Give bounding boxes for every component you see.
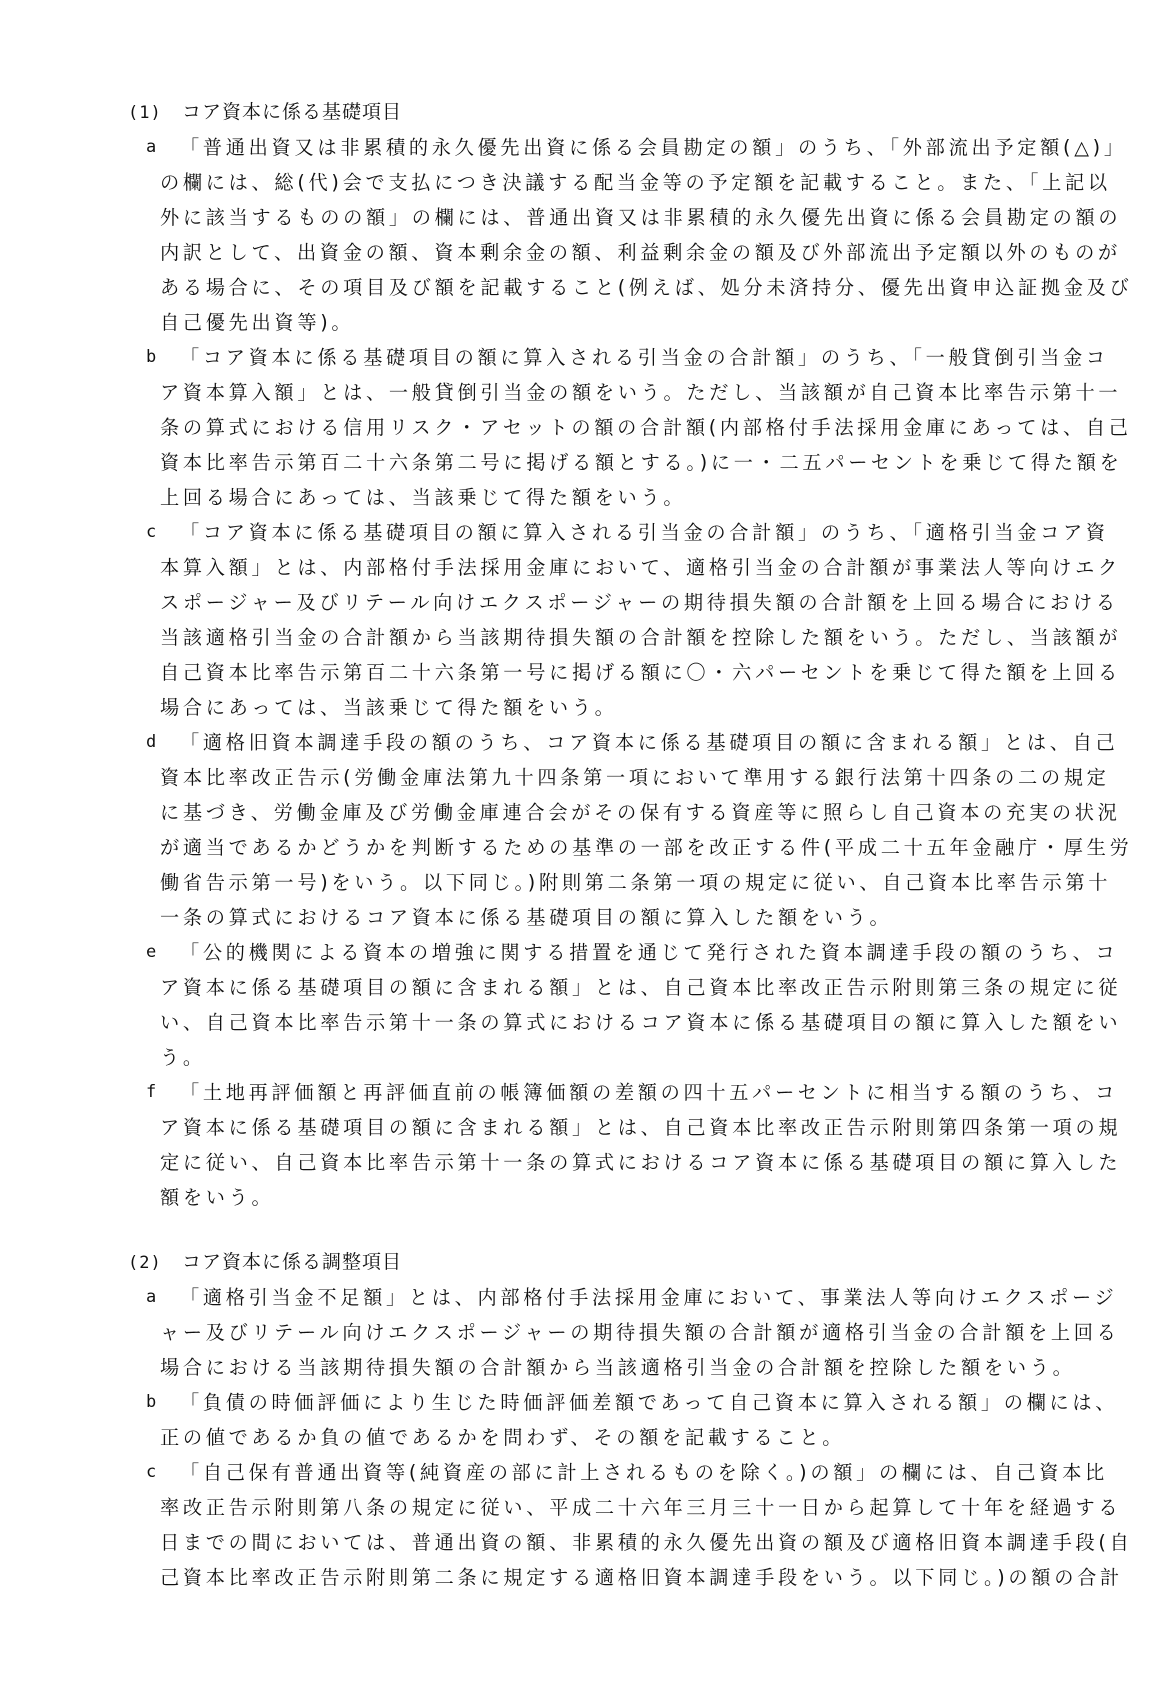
paragraph-line: 定に従い、自己資本比率告示第十一条の算式におけるコア資本に係る基礎項目の額に算入…: [160, 1145, 1078, 1180]
section-core-capital-basic-items: (1) コア資本に係る基礎項目 a 「普通出資又は非累積的永久優先出資に係る会員…: [128, 95, 1078, 1215]
paragraph-line: 「コア資本に係る基礎項目の額に算入される引当金の合計額」のうち、「一般貸倒引当金…: [160, 340, 1078, 375]
item-letter: f: [146, 1075, 166, 1110]
paragraph-line: ア資本算入額」とは、一般貸倒引当金の額をいう。ただし、当該額が自己資本比率告示第…: [160, 375, 1078, 410]
list-item-2b: b 「負債の時価評価により生じた時価評価差額であって自己資本に算入される額」の欄…: [146, 1385, 1078, 1455]
section-title: コア資本に係る基礎項目: [182, 95, 402, 130]
list-item-1b: b 「コア資本に係る基礎項目の額に算入される引当金の合計額」のうち、「一般貸倒引…: [146, 340, 1078, 515]
document-page: (1) コア資本に係る基礎項目 a 「普通出資又は非累積的永久優先出資に係る会員…: [0, 0, 1166, 1694]
paragraph-line: 自己優先出資等)。: [160, 305, 1078, 340]
paragraph-line: 「普通出資又は非累積的永久優先出資に係る会員勘定の額」のうち、「外部流出予定額(…: [160, 130, 1078, 165]
paragraph-line: 日までの間においては、普通出資の額、非累積的永久優先出資の額及び適格旧資本調達手…: [160, 1525, 1078, 1560]
item-letter: a: [146, 130, 166, 165]
paragraph-line: ア資本に係る基礎項目の額に含まれる額」とは、自己資本比率改正告示附則第三条の規定…: [160, 970, 1078, 1005]
item-letter: a: [146, 1280, 166, 1315]
paragraph-line: が適当であるかどうかを判断するための基準の一部を改正する件(平成二十五年金融庁・…: [160, 830, 1078, 865]
paragraph-line: 一条の算式におけるコア資本に係る基礎項目の額に算入した額をいう。: [160, 900, 1078, 935]
paragraph-line: 資本比率告示第百二十六条第二号に掲げる額とする。)に一・二五パーセントを乗じて得…: [160, 445, 1078, 480]
paragraph-line: 己資本比率改正告示附則第二条に規定する適格旧資本調達手段をいう。以下同じ。)の額…: [160, 1560, 1078, 1595]
list-item-2a: a 「適格引当金不足額」とは、内部格付手法採用金庫において、事業法人等向けエクス…: [146, 1280, 1078, 1385]
paragraph-line: の欄には、総(代)会で支払につき決議する配当金等の予定額を記載すること。また、「…: [160, 165, 1078, 200]
section-title: コア資本に係る調整項目: [182, 1245, 402, 1280]
item-letter: c: [146, 515, 166, 550]
list-item-2c: c 「自己保有普通出資等(純資産の部に計上されるものを除く。)の額」の欄には、自…: [146, 1455, 1078, 1595]
paragraph-line: に基づき、労働金庫及び労働金庫連合会がその保有する資産等に照らし自己資本の充実の…: [160, 795, 1078, 830]
item-letter: b: [146, 1385, 166, 1420]
list-item-1f: f 「土地再評価額と再評価直前の帳簿価額の差額の四十五パーセントに相当する額のう…: [146, 1075, 1078, 1215]
list-item-1e: e 「公的機関による資本の増強に関する措置を通じて発行された資本調達手段の額のう…: [146, 935, 1078, 1075]
paragraph-line: 「適格引当金不足額」とは、内部格付手法採用金庫において、事業法人等向けエクスポー…: [160, 1280, 1078, 1315]
paragraph-line: 本算入額」とは、内部格付手法採用金庫において、適格引当金の合計額が事業法人等向け…: [160, 550, 1078, 585]
paragraph-line: 条の算式における信用リスク・アセットの額の合計額(内部格付手法採用金庫にあっては…: [160, 410, 1078, 445]
list-item-1a: a 「普通出資又は非累積的永久優先出資に係る会員勘定の額」のうち、「外部流出予定…: [146, 130, 1078, 340]
paragraph-line: 自己資本比率告示第百二十六条第一号に掲げる額に〇・六パーセントを乗じて得た額を上…: [160, 655, 1078, 690]
paragraph-line: ある場合に、その項目及び額を記載すること(例えば、処分未済持分、優先出資申込証拠…: [160, 270, 1078, 305]
item-letter: d: [146, 725, 166, 760]
paragraph-line: 上回る場合にあっては、当該乗じて得た額をいう。: [160, 480, 1078, 515]
paragraph-line: 外に該当するものの額」の欄には、普通出資又は非累積的永久優先出資に係る会員勘定の…: [160, 200, 1078, 235]
paragraph-line: 当該適格引当金の合計額から当該期待損失額の合計額を控除した額をいう。ただし、当該…: [160, 620, 1078, 655]
section-heading: (2) コア資本に係る調整項目: [128, 1245, 1078, 1280]
item-letter: e: [146, 935, 166, 970]
paragraph-line: 場合にあっては、当該乗じて得た額をいう。: [160, 690, 1078, 725]
section-core-capital-adjustment-items: (2) コア資本に係る調整項目 a 「適格引当金不足額」とは、内部格付手法採用金…: [128, 1245, 1078, 1595]
paragraph-line: 内訳として、出資金の額、資本剰余金の額、利益剰余金の額及び外部流出予定額以外のも…: [160, 235, 1078, 270]
list-item-1d: d 「適格旧資本調達手段の額のうち、コア資本に係る基礎項目の額に含まれる額」とは…: [146, 725, 1078, 935]
paragraph-line: 「コア資本に係る基礎項目の額に算入される引当金の合計額」のうち、「適格引当金コア…: [160, 515, 1078, 550]
paragraph-line: 「土地再評価額と再評価直前の帳簿価額の差額の四十五パーセントに相当する額のうち、…: [160, 1075, 1078, 1110]
paragraph-line: 「自己保有普通出資等(純資産の部に計上されるものを除く。)の額」の欄には、自己資…: [160, 1455, 1078, 1490]
paragraph-line: い、自己資本比率告示第十一条の算式におけるコア資本に係る基礎項目の額に算入した額…: [160, 1005, 1078, 1040]
paragraph-line: ャー及びリテール向けエクスポージャーの期待損失額の合計額が適格引当金の合計額を上…: [160, 1315, 1078, 1350]
paragraph-line: 率改正告示附則第八条の規定に従い、平成二十六年三月三十一日から起算して十年を経過…: [160, 1490, 1078, 1525]
paragraph-line: う。: [160, 1040, 1078, 1075]
paragraph-line: 働省告示第一号)をいう。以下同じ。)附則第二条第一項の規定に従い、自己資本比率告…: [160, 865, 1078, 900]
section-heading: (1) コア資本に係る基礎項目: [128, 95, 1078, 130]
paragraph-line: 場合における当該期待損失額の合計額から当該適格引当金の合計額を控除した額をいう。: [160, 1350, 1078, 1385]
paragraph-line: 資本比率改正告示(労働金庫法第九十四条第一項において準用する銀行法第十四条の二の…: [160, 760, 1078, 795]
paragraph-line: 「公的機関による資本の増強に関する措置を通じて発行された資本調達手段の額のうち、…: [160, 935, 1078, 970]
section-number: (1): [128, 96, 182, 131]
paragraph-line: 正の値であるか負の値であるかを問わず、その額を記載すること。: [160, 1420, 1078, 1455]
paragraph-line: 額をいう。: [160, 1180, 1078, 1215]
item-letter: c: [146, 1455, 166, 1490]
paragraph-line: スポージャー及びリテール向けエクスポージャーの期待損失額の合計額を上回る場合にお…: [160, 585, 1078, 620]
paragraph-line: ア資本に係る基礎項目の額に含まれる額」とは、自己資本比率改正告示附則第四条第一項…: [160, 1110, 1078, 1145]
item-letter: b: [146, 340, 166, 375]
paragraph-line: 「負債の時価評価により生じた時価評価差額であって自己資本に算入される額」の欄には…: [160, 1385, 1078, 1420]
paragraph-line: 「適格旧資本調達手段の額のうち、コア資本に係る基礎項目の額に含まれる額」とは、自…: [160, 725, 1078, 760]
section-number: (2): [128, 1246, 182, 1281]
list-item-1c: c 「コア資本に係る基礎項目の額に算入される引当金の合計額」のうち、「適格引当金…: [146, 515, 1078, 725]
